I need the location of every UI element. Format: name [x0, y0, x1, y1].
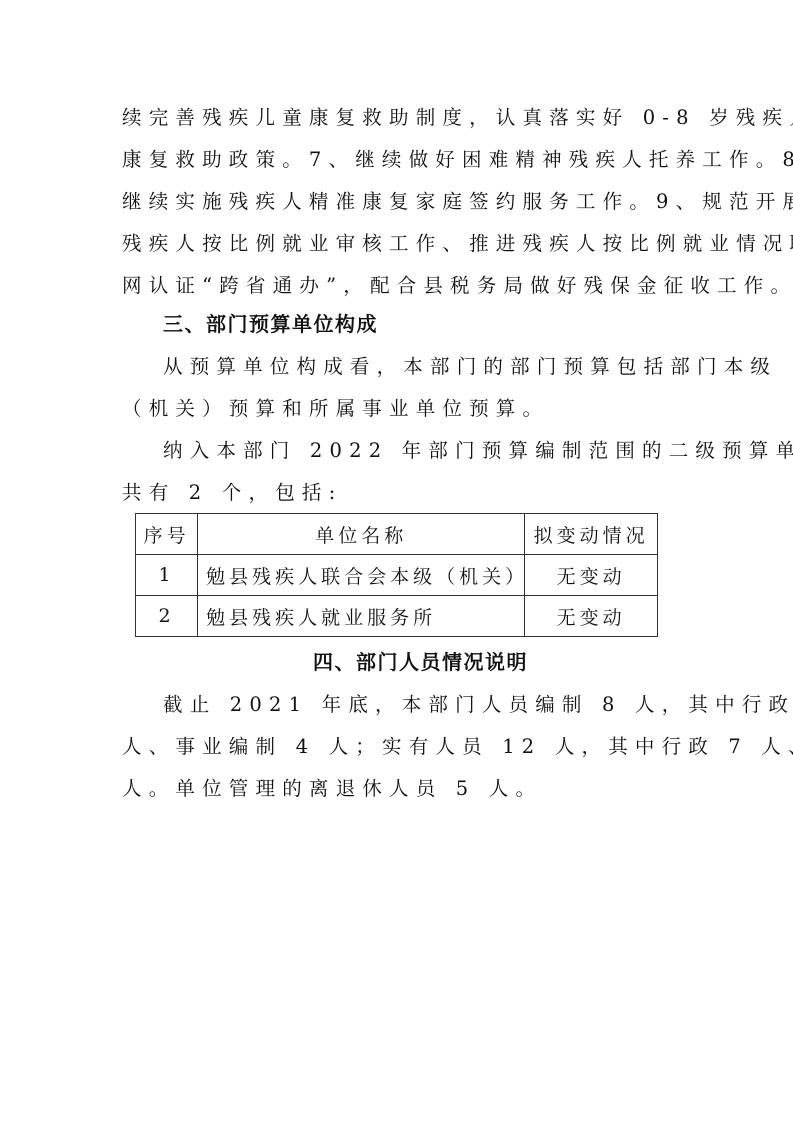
table-row: 1 勉县残疾人联合会本级（机关） 无变动 [136, 555, 658, 596]
header-index: 序号 [136, 514, 198, 555]
paragraph-line: 残疾人按比例就业审核工作、推进残疾人按比例就业情况联 [122, 231, 674, 257]
paragraph-line: 共有 2 个，包括: [122, 480, 674, 506]
paragraph-line: 纳入本部门 2022 年部门预算编制范围的二级预算单位 [163, 438, 674, 464]
paragraph-line: 继续实施残疾人精准康复家庭签约服务工作。9、规范开展 [122, 189, 674, 215]
document-page: 续完善残疾儿童康复救助制度，认真落实好 0-8 岁残疾儿童 康复救助政策。7、继… [0, 0, 793, 1122]
header-unit-name: 单位名称 [198, 514, 525, 555]
paragraph-line: 网认证“跨省通办”，配合县税务局做好残保金征收工作。 [122, 273, 674, 299]
paragraph-line: 续完善残疾儿童康复救助制度，认真落实好 0-8 岁残疾儿童 [122, 105, 674, 131]
budget-units-table: 序号 单位名称 拟变动情况 1 勉县残疾人联合会本级（机关） 无变动 2 勉县残… [135, 513, 658, 637]
section-3-heading: 三、部门预算单位构成 [163, 311, 378, 337]
paragraph-line: 人。单位管理的离退休人员 5 人。 [122, 776, 674, 802]
header-change-status: 拟变动情况 [525, 514, 658, 555]
cell-index: 2 [136, 596, 198, 637]
cell-unit-name: 勉县残疾人就业服务所 [198, 596, 525, 637]
table-header-row: 序号 单位名称 拟变动情况 [136, 514, 658, 555]
paragraph-line: 截止 2021 年底，本部门人员编制 8 人，其中行政编制 4 [163, 692, 674, 718]
cell-change-status: 无变动 [525, 596, 658, 637]
cell-change-status: 无变动 [525, 555, 658, 596]
paragraph-line: 康复救助政策。7、继续做好困难精神残疾人托养工作。8、 [122, 147, 674, 173]
paragraph-line: 人、事业编制 4 人；实有人员 12 人，其中行政 7 人、事业 5 [122, 734, 674, 760]
paragraph-line: 从预算单位构成看，本部门的部门预算包括部门本级 [163, 354, 674, 380]
paragraph-line: （机关）预算和所属事业单位预算。 [122, 396, 674, 422]
section-4-heading: 四、部门人员情况说明 [313, 649, 525, 675]
cell-index: 1 [136, 555, 198, 596]
cell-unit-name: 勉县残疾人联合会本级（机关） [198, 555, 525, 596]
table-row: 2 勉县残疾人就业服务所 无变动 [136, 596, 658, 637]
